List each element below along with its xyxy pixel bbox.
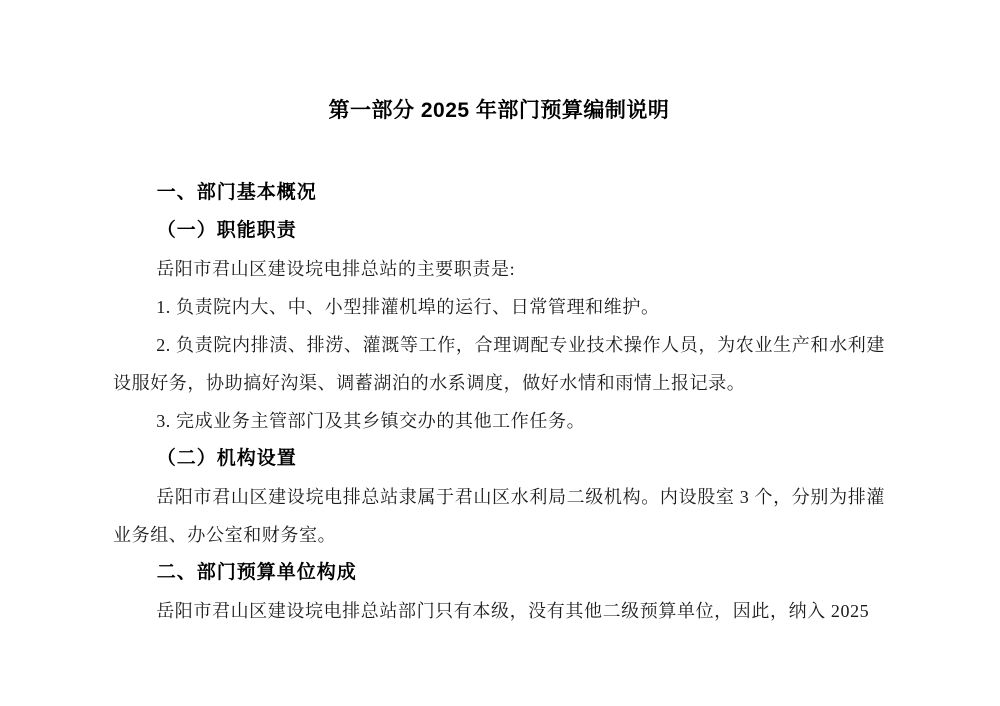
paragraph-budget-units: 岳阳市君山区建设垸电排总站部门只有本级，没有其他二级预算单位，因此，纳入 202… (113, 592, 885, 630)
section-heading-basic-overview: 一、部门基本概况 (113, 174, 885, 212)
paragraph-duty-3: 3. 完成业务主管部门及其乡镇交办的其他工作任务。 (113, 402, 885, 440)
document-content: 第一部分 2025 年部门预算编制说明 一、部门基本概况 （一）职能职责 岳阳市… (113, 0, 885, 630)
paragraph-duty-2: 2. 负责院内排渍、排涝、灌溉等工作，合理调配专业技术操作人员，为农业生产和水利… (113, 326, 885, 402)
document-title: 第一部分 2025 年部门预算编制说明 (113, 96, 885, 126)
subsection-heading-organization: （二）机构设置 (113, 440, 885, 478)
paragraph-duty-1: 1. 负责院内大、中、小型排灌机埠的运行、日常管理和维护。 (113, 288, 885, 326)
subsection-heading-duties: （一）职能职责 (113, 212, 885, 250)
section-heading-budget-units: 二、部门预算单位构成 (113, 554, 885, 592)
paragraph-organization: 岳阳市君山区建设垸电排总站隶属于君山区水利局二级机构。内设股室 3 个，分别为排… (113, 478, 885, 554)
paragraph-duties-intro: 岳阳市君山区建设垸电排总站的主要职责是: (113, 250, 885, 288)
document-page: 第一部分 2025 年部门预算编制说明 一、部门基本概况 （一）职能职责 岳阳市… (0, 0, 1000, 706)
